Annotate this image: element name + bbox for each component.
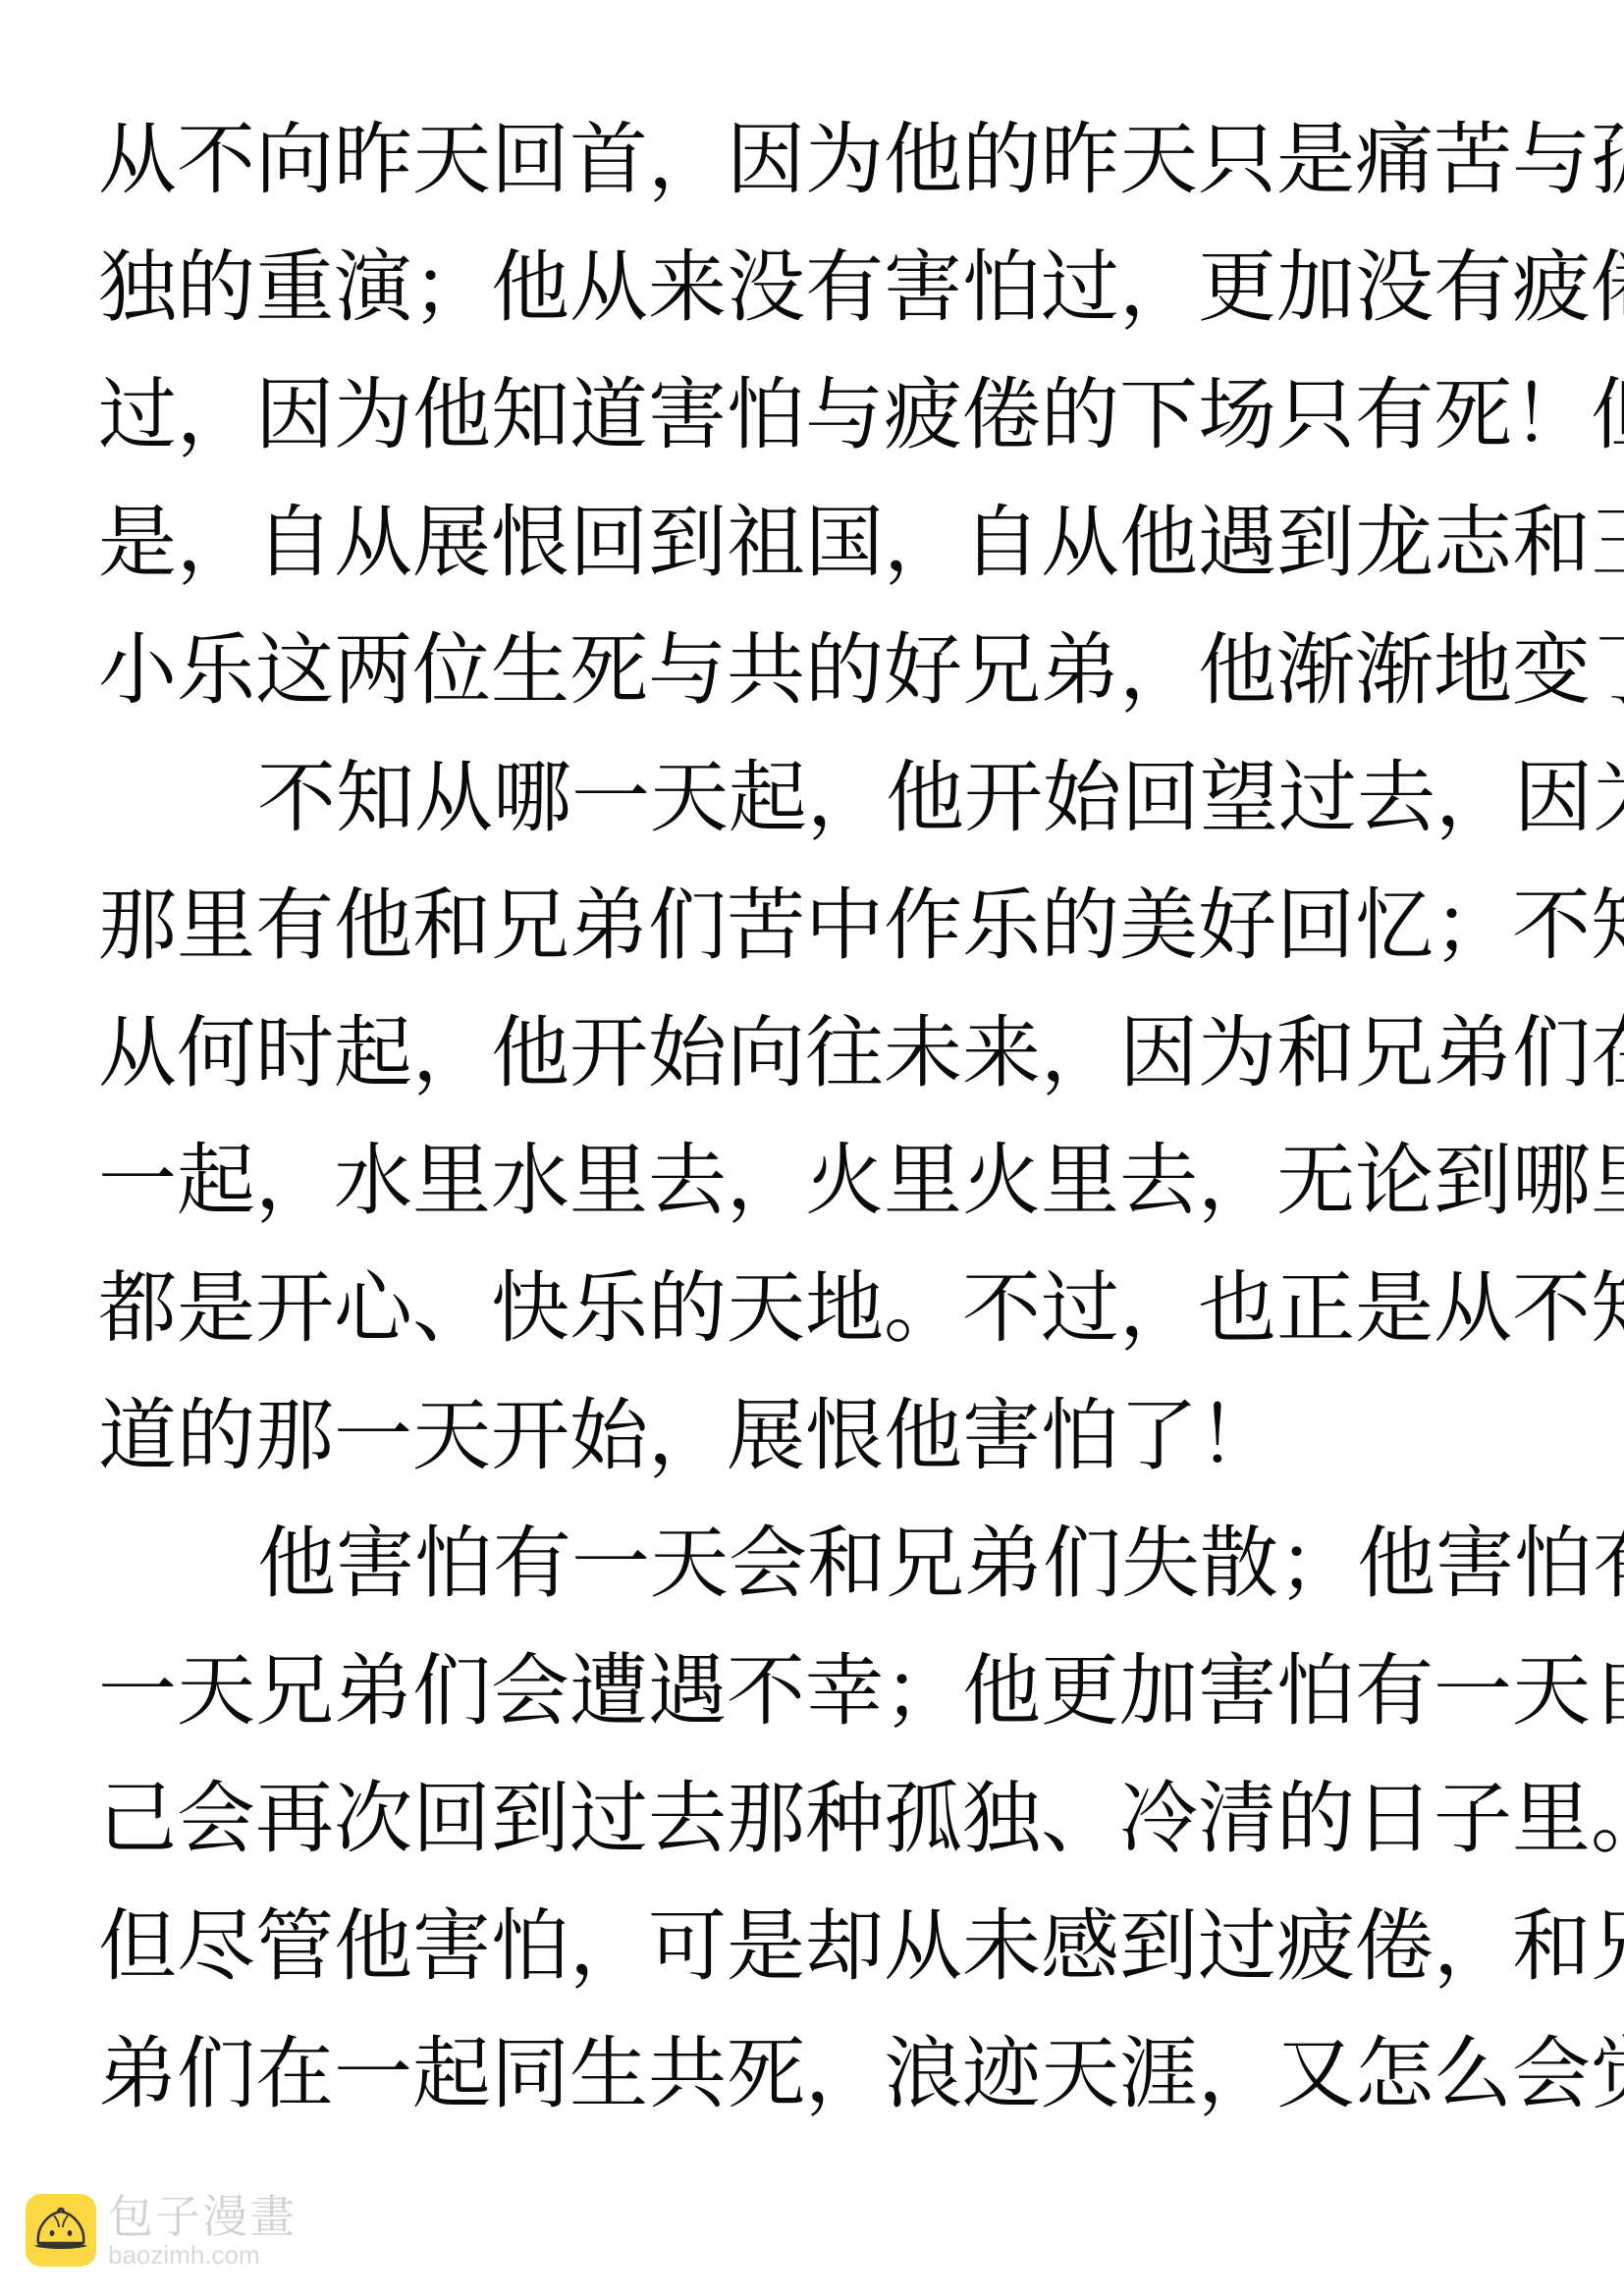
watermark-title: 包子漫畫: [108, 2192, 297, 2241]
watermark-text: 包子漫畫 baozimh.com: [108, 2192, 297, 2269]
text-line: 小乐这两位生死与共的好兄弟，他渐渐地变了。: [98, 631, 1532, 759]
steamed-bun-icon: [26, 2194, 96, 2267]
watermark-url: baozimh.com: [108, 2241, 297, 2269]
text-line: 从何时起，他开始向往未来，因为和兄弟们在: [98, 1014, 1532, 1142]
text-line: 是，自从展恨回到祖国，自从他遇到龙志和王: [98, 504, 1532, 631]
paragraph-start-line: 不知从哪一天起，他开始回望过去，因为: [98, 759, 1532, 886]
text-line: 独的重演；他从来没有害怕过，更加没有疲倦: [98, 248, 1532, 376]
text-line: 弟们在一起同生共死，浪迹天涯，又怎么会觉: [98, 2035, 1532, 2163]
text-line: 那里有他和兄弟们苦中作乐的美好回忆；不知: [98, 886, 1532, 1014]
text-line: 一起，水里水里去，火里火里去，无论到哪里: [98, 1142, 1532, 1269]
text-line: 一天兄弟们会遭遇不幸；他更加害怕有一天自: [98, 1652, 1532, 1780]
text-line: 但尽管他害怕，可是却从未感到过疲倦，和兄: [98, 1907, 1532, 2035]
text-line: 从不向昨天回首，因为他的昨天只是痛苦与孤: [98, 121, 1532, 248]
document-page: 从不向昨天回首，因为他的昨天只是痛苦与孤 独的重演；他从来没有害怕过，更加没有疲…: [98, 121, 1532, 2163]
paragraph-end-line: 道的那一天开始，展恨他害怕了！: [98, 1397, 1532, 1524]
site-watermark: 包子漫畫 baozimh.com: [26, 2192, 297, 2269]
paragraph-start-line: 他害怕有一天会和兄弟们失散；他害怕有: [98, 1524, 1532, 1652]
text-line: 己会再次回到过去那种孤独、冷清的日子里。: [98, 1780, 1532, 1907]
text-line: 都是开心、快乐的天地。不过，也正是从不知: [98, 1269, 1532, 1397]
text-line: 过，因为他知道害怕与疲倦的下场只有死！但: [98, 376, 1532, 504]
